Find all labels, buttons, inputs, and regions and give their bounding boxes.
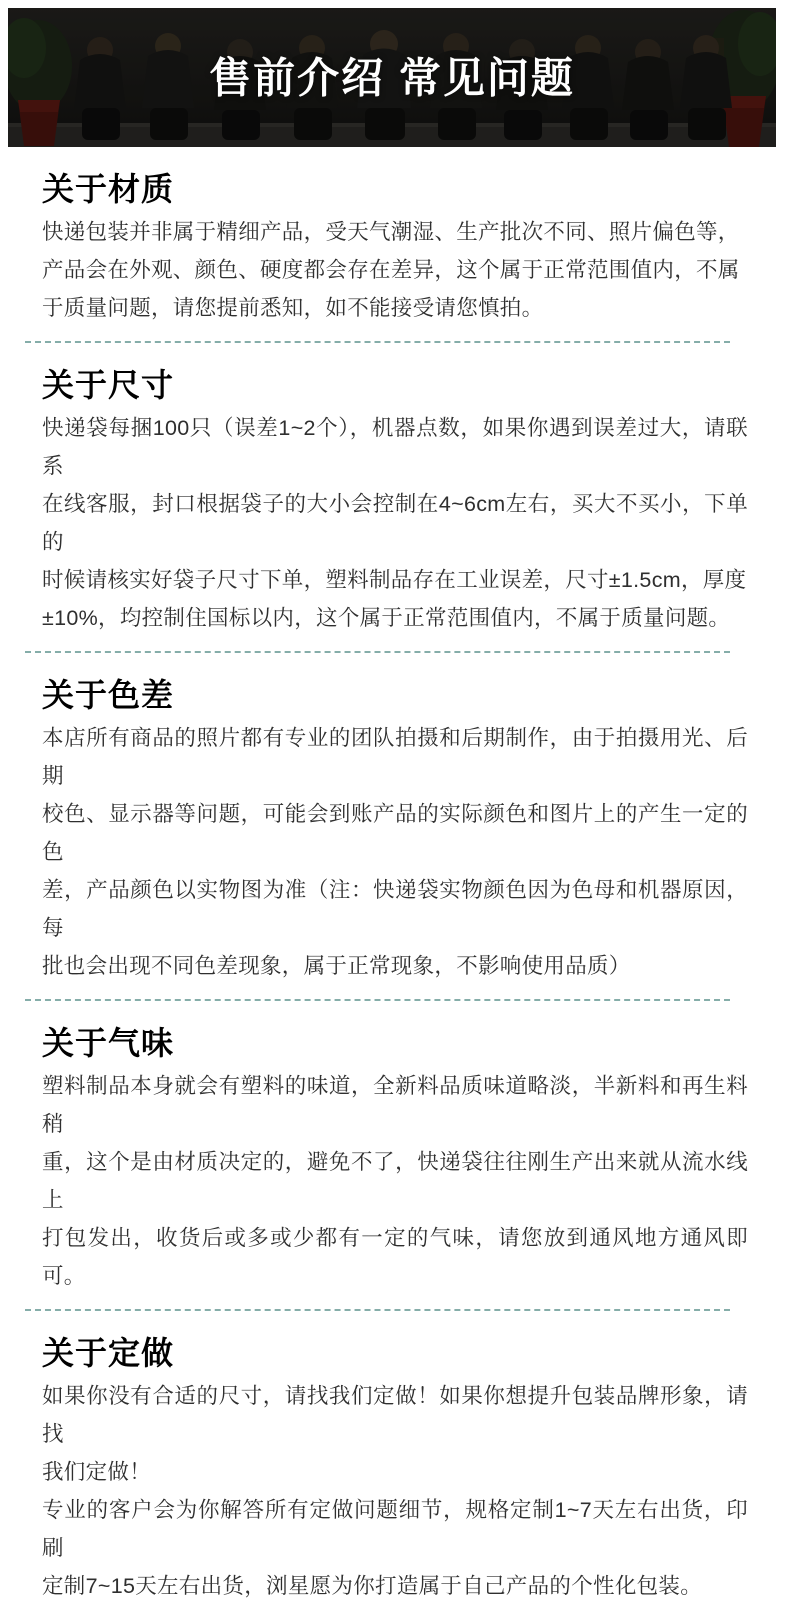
section-color-difference-body: 本店所有商品的照片都有专业的团队拍摄和后期制作，由于拍摄用光、后期 校色、显示器… xyxy=(42,719,748,985)
section-size-heading: 关于尺寸 xyxy=(42,367,748,403)
faq-page: 售前介绍 常见问题 关于材质 快递包装并非属于精细产品，受天气潮湿、生产批次不同… xyxy=(0,0,790,1607)
section-smell-heading: 关于气味 xyxy=(42,1025,748,1061)
section-smell-body: 塑料制品本身就会有塑料的味道，全新料品质味道略淡，半新料和再生料稍 重，这个是由… xyxy=(42,1067,748,1295)
dashed-divider xyxy=(25,1309,730,1311)
banner-title: 售前介绍 常见问题 xyxy=(8,45,776,105)
section-customization: 关于定做 如果你没有合适的尺寸，请找我们定做！如果你想提升包装品牌形象，请找 我… xyxy=(0,1335,790,1605)
banner: 售前介绍 常见问题 xyxy=(8,8,776,147)
dashed-divider xyxy=(25,999,730,1001)
section-material-heading: 关于材质 xyxy=(42,171,748,207)
section-customization-body: 如果你没有合适的尺寸，请找我们定做！如果你想提升包装品牌形象，请找 我们定做！ … xyxy=(42,1377,748,1605)
section-size-body: 快递袋每捆100只（误差1~2个），机器点数，如果你遇到误差过大，请联系 在线客… xyxy=(42,409,748,637)
dashed-divider xyxy=(25,651,730,653)
section-customization-heading: 关于定做 xyxy=(42,1335,748,1371)
section-color-difference: 关于色差 本店所有商品的照片都有专业的团队拍摄和后期制作，由于拍摄用光、后期 校… xyxy=(0,677,790,985)
section-size: 关于尺寸 快递袋每捆100只（误差1~2个），机器点数，如果你遇到误差过大，请联… xyxy=(0,367,790,637)
section-material: 关于材质 快递包装并非属于精细产品，受天气潮湿、生产批次不同、照片偏色等， 产品… xyxy=(0,171,790,327)
section-material-body: 快递包装并非属于精细产品，受天气潮湿、生产批次不同、照片偏色等， 产品会在外观、… xyxy=(42,213,748,327)
dashed-divider xyxy=(25,341,730,343)
section-color-difference-heading: 关于色差 xyxy=(42,677,748,713)
section-smell: 关于气味 塑料制品本身就会有塑料的味道，全新料品质味道略淡，半新料和再生料稍 重… xyxy=(0,1025,790,1295)
